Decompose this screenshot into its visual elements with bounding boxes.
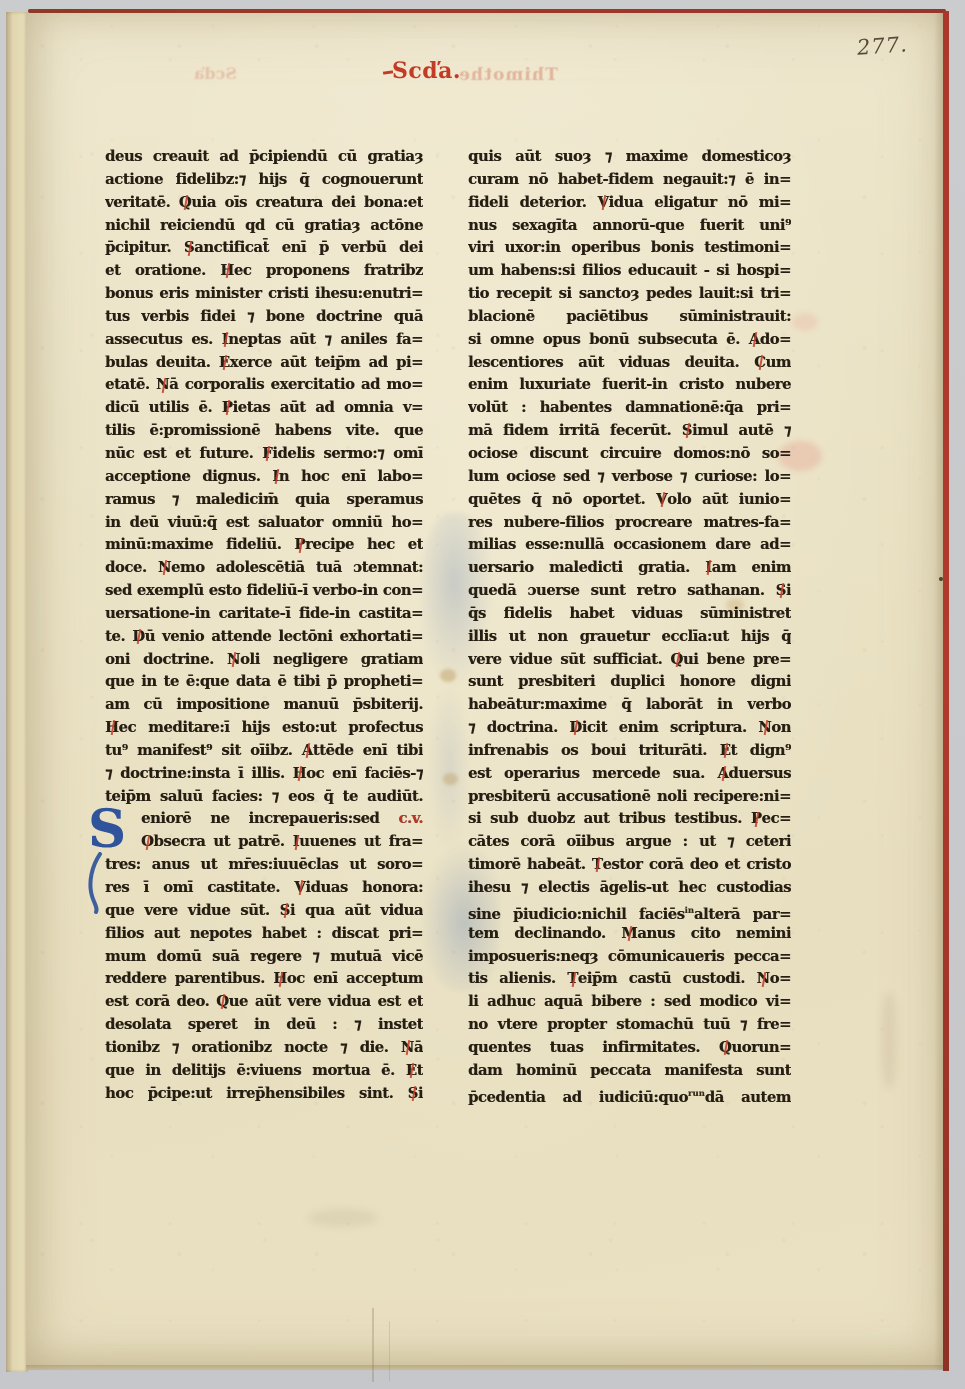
text-line: uersatione-in caritate-ī fide-in castita… xyxy=(105,603,423,626)
text-line: tres: anus ut mr̄es:iuuēclas ut soro= xyxy=(105,854,423,877)
redcap-segment: E xyxy=(219,352,230,375)
text-segment: icit enim scriptura. xyxy=(582,719,759,736)
text-segment: acceptione dignus. xyxy=(105,468,272,485)
text-segment: ihesu ⁊ electis āgelis-ut hec custodias xyxy=(468,879,791,896)
text-segment: si sub duobz aut tribus testibus. xyxy=(468,810,751,827)
text-line: nūc est et future. Fidelis sermo:⁊ omī xyxy=(105,443,423,466)
text-segment: blacionē paciētibus sūministrauit: xyxy=(468,308,791,325)
text-segment: bonus eris minister cristi ihesu:enutri= xyxy=(105,285,423,302)
text-segment: quedā ɔuerse sunt retro sathanan. xyxy=(468,582,776,599)
text-line: ramus ⁊ maledicim̄ quia speramus xyxy=(105,489,423,512)
text-segment: illis ut non grauetur ecclīa:ut hijs q̄ xyxy=(468,628,791,645)
text-line: doce. Nemo adolescētiā tuā ɔtemnat: xyxy=(105,557,423,580)
text-line: tio recepit si sanctoȝ pedes lauit:si tr… xyxy=(468,283,791,306)
text-segment: cātes corā oīibus argue : ut ⁊ ceteri xyxy=(468,833,791,850)
text-line: uersario maledicti gratia. Iam enim xyxy=(468,557,791,580)
text-line: mum domū suā regere ⁊ mutuā vicē xyxy=(105,946,423,969)
text-segment: que vere vidue sūt. xyxy=(105,902,280,919)
text-line: infrenabis os boui triturāti. Et dign⁹ xyxy=(468,740,791,763)
text-line: oni doctrine. Noli negligere gratiam xyxy=(105,649,423,672)
text-line: curam nō habet-fidem negauit:⁊ ē in= xyxy=(468,169,791,192)
text-segment: um habens:si filios educauit - si hospi= xyxy=(468,262,791,279)
redcap-segment: A xyxy=(302,740,313,763)
redcap-segment: D xyxy=(132,626,144,649)
redcap-segment: V xyxy=(597,192,608,215)
text-line: Obsecra ut patrē. Iuuenes ut fra= xyxy=(105,831,423,854)
text-segment: reddere parentibus. xyxy=(105,970,273,987)
text-segment: res nubere-filios procreare matres-fa= xyxy=(468,514,791,531)
text-segment: do= xyxy=(760,331,791,348)
text-segment: t xyxy=(417,1062,423,1079)
text-segment: bsecra ut patrē. xyxy=(153,833,292,850)
redcap-segment: N xyxy=(757,968,770,991)
text-line: filios aut nepotes habet : discat pri= xyxy=(105,923,423,946)
text-line: lescentiores aūt viduas deuita. Cum xyxy=(468,352,791,375)
text-segment: tilis ē:promissionē habens vite. que xyxy=(105,422,423,439)
sup-segment: run xyxy=(688,1089,705,1099)
text-segment: est operarius mercede sua. xyxy=(468,765,717,782)
text-segment: t dign⁹ xyxy=(731,742,791,759)
text-segment: uersario maledicti gratia. xyxy=(468,559,705,576)
text-segment: ui bene pre= xyxy=(683,651,791,668)
text-line: nus sexagīta annorū-que fuerit uni⁹ xyxy=(468,215,791,238)
text-segment: volūt : habentes damnationē:q̄a pri= xyxy=(468,399,791,416)
text-line: reddere parentibus. Hoc enī acceptum xyxy=(105,968,423,991)
text-segment: recipe hec et xyxy=(305,536,423,553)
text-segment: ā corporalis exercitatio ad mo= xyxy=(169,376,423,393)
text-column-left: deus creauit ad p̄cipiendū cū gratiaȝact… xyxy=(105,146,423,1105)
manuscript-photo: Scďa. Thimothe Scďa 277. deus creauit ad… xyxy=(0,0,965,1389)
text-segment: nus sexagīta annorū-que fuerit uni⁹ xyxy=(468,217,791,234)
text-line: mā fidem irritā fecerūt. Simul autē ⁊ xyxy=(468,420,791,443)
text-line: est corā deo. Que aūt vere vidua est et xyxy=(105,991,423,1014)
text-segment: dā autem xyxy=(705,1089,791,1106)
text-line: que in delitijs ē:viuens mortua ē. Et xyxy=(105,1060,423,1083)
text-segment: idua eligatur nō mi= xyxy=(609,194,791,211)
show-through-left-text: Scďa xyxy=(194,64,237,83)
redcap-segment: A xyxy=(717,763,728,786)
text-line: que vere vidue sūt. Si qua aūt vidua xyxy=(105,900,423,923)
text-segment: o= xyxy=(770,970,791,987)
text-line: teip̄m saluū facies: ⁊ eos q̄ te audiūt. xyxy=(105,786,423,809)
text-line: nichil reiciendū qd cū gratiaȝ actōne xyxy=(105,215,423,238)
redcap-segment: N xyxy=(158,557,171,580)
text-segment: q̄s fidelis habet viduas sūministret xyxy=(468,605,791,622)
text-line: ⁊ doctrine:insta ī illis. Hoc enī faciēs… xyxy=(105,763,423,786)
rubric-segment: c.v. xyxy=(398,810,423,827)
illuminated-initial-s: S xyxy=(88,804,126,856)
text-line: milias esse:nullā occasionem dare ad= xyxy=(468,534,791,557)
text-segment: ū venio attende lectōni exhortati= xyxy=(145,628,423,645)
redcap-segment: Q xyxy=(179,192,191,215)
fox-spot xyxy=(440,669,456,682)
margin-streak xyxy=(882,993,896,1088)
text-segment: quis aūt suoȝ ⁊ maxime domesticoȝ xyxy=(468,148,791,165)
text-segment: ociose discunt circuire domos:nō so= xyxy=(468,445,791,462)
text-segment: tionibz ⁊ orationibz nocte ⁊ die. xyxy=(105,1039,401,1056)
text-line: p̄cedentia ad iudiciū:quorundā autem xyxy=(468,1083,791,1106)
text-segment: dam hominū peccata manifesta sunt xyxy=(468,1062,791,1079)
text-segment: ec= xyxy=(762,810,791,827)
text-segment: tio recepit si sanctoȝ pedes lauit:si tr… xyxy=(468,285,791,302)
text-segment: i xyxy=(418,1085,423,1102)
text-segment: oni doctrine. xyxy=(105,651,227,668)
text-segment: anus cito nemini xyxy=(637,925,791,942)
redcap-segment: D xyxy=(569,717,581,740)
text-segment: milias esse:nullā occasionem dare ad= xyxy=(468,536,791,553)
text-line: dicū utilis ē. Pietas aūt ad omnia v= xyxy=(105,397,423,420)
text-line: veritatē. Quia oīs creatura dei bona:et xyxy=(105,192,423,215)
text-column-right: quis aūt suoȝ ⁊ maxime domesticoȝcuram n… xyxy=(468,146,791,1105)
text-segment: anctificat̄ enī p̄ verbū dei xyxy=(194,239,423,256)
redcap-segment: N xyxy=(401,1037,414,1060)
text-segment: i xyxy=(786,582,791,599)
text-line: etatē. Nā corporalis exercitatio ad mo= xyxy=(105,374,423,397)
text-segment: deus creauit ad p̄cipiendū cū gratiaȝ xyxy=(105,148,423,165)
text-line: quis aūt suoȝ ⁊ maxime domesticoȝ xyxy=(468,146,791,169)
redcap-segment: I xyxy=(705,557,711,580)
redcap-segment: Q xyxy=(719,1037,731,1060)
redcap-segment: N xyxy=(758,717,771,740)
text-segment: assecutus es. xyxy=(105,331,222,348)
text-line: am cū impositione manuū p̄sbiterij. xyxy=(105,694,423,717)
text-segment: oli negligere gratiam xyxy=(240,651,423,668)
text-line: tu⁹ manifest⁹ sit oīibz. Attēde enī tibi xyxy=(105,740,423,763)
redcap-segment: E xyxy=(720,740,731,763)
text-segment: xerce aūt teip̄m ad pi= xyxy=(230,354,423,371)
text-line: assecutus es. Ineptas aūt ⁊ aniles fa= xyxy=(105,329,423,352)
redcap-segment: H xyxy=(220,260,234,283)
text-segment: viri uxor:in operibus bonis testimoni= xyxy=(468,239,791,256)
text-line: sed exemplū esto fideliū-ī verbo-in con= xyxy=(105,580,423,603)
redcap-segment: M xyxy=(621,923,637,946)
text-segment: res ī omī castitate. xyxy=(105,879,294,896)
text-segment: eip̄m castū custodi. xyxy=(578,970,757,987)
text-segment: bulas deuita. xyxy=(105,354,219,371)
leaf-crease-line xyxy=(389,1321,390,1381)
text-segment: mum domū suā regere ⁊ mutuā vicē xyxy=(105,948,423,965)
text-segment: sunt presbiteri duplici honore digni xyxy=(468,673,791,690)
text-line: que in te ē:que data ē tibi p̄ propheti= xyxy=(105,671,423,694)
text-segment: veritatē. xyxy=(105,194,179,211)
text-line: tis alienis. Teip̄m castū custodi. No= xyxy=(468,968,791,991)
text-segment: hoc p̄cipe:ut irrep̄hensibiles sint. xyxy=(105,1085,408,1102)
text-line: quedā ɔuerse sunt retro sathanan. Si xyxy=(468,580,791,603)
text-segment: quētes q̄ nō oportet. xyxy=(468,491,656,508)
text-segment: alterā par= xyxy=(694,906,791,923)
text-segment: iduas honora: xyxy=(305,879,423,896)
redcap-segment: S xyxy=(776,580,786,603)
pink-smudge-small xyxy=(792,313,818,331)
page-edge-shadow-bottom xyxy=(26,1365,948,1371)
text-line: presbiterū accusationē noli recipere:ni= xyxy=(468,786,791,809)
text-segment: curam nō habet-fidem negauit:⁊ ē in= xyxy=(468,171,791,188)
page-edge-shadow-right xyxy=(934,13,943,1370)
text-segment: uorun= xyxy=(731,1039,791,1056)
text-line: tilis ē:promissionē habens vite. que xyxy=(105,420,423,443)
text-segment: nichil reiciendū qd cū gratiaȝ actōne xyxy=(105,217,423,234)
text-segment: mā fidem irritā fecerūt. xyxy=(468,422,682,439)
text-segment: que in delitijs ē:viuens mortua ē. xyxy=(105,1062,406,1079)
gutter-show-through-middle xyxy=(428,681,470,851)
text-line: est operarius mercede sua. Aduersus xyxy=(468,763,791,786)
text-line: desolata speret in deū : ⁊ instet obsecr… xyxy=(105,1014,423,1037)
text-segment: idelis sermo:⁊ omī xyxy=(272,445,423,462)
text-segment: uersatione-in caritate-ī fide-in castita… xyxy=(105,605,423,622)
text-segment: ue aūt vere vidua est et xyxy=(229,993,423,1010)
redcap-segment: T xyxy=(592,854,603,877)
text-line: et oratione. Hec proponens fratribz xyxy=(105,260,423,283)
redcap-segment: T xyxy=(567,968,578,991)
text-segment: am enim xyxy=(712,559,791,576)
red-fore-edge-right xyxy=(943,11,949,1371)
text-line: imposueris:neqȝ cōmunicaueris pecca= xyxy=(468,946,791,969)
redcap-segment: I xyxy=(222,329,228,352)
text-line: cātes corā oīibus argue : ut ⁊ ceteri xyxy=(468,831,791,854)
text-segment: sine p̄iudicio:nichil faciēs xyxy=(468,906,684,923)
text-line: ociose discunt circuire domos:nō so= xyxy=(468,443,791,466)
redcap-segment: S xyxy=(184,237,194,260)
text-segment: desolata speret in deū : ⁊ instet obsecr… xyxy=(105,1016,423,1037)
text-line: actione fidelibz:⁊ hijs q̄ cognouerunt xyxy=(105,169,423,192)
text-segment: lum ociose sed ⁊ verbose ⁊ curiose: lo= xyxy=(468,468,791,485)
redcap-segment: E xyxy=(406,1060,417,1083)
text-segment: doce. xyxy=(105,559,158,576)
text-line: eniorē ne increpaueris:sed c.v. xyxy=(105,808,423,831)
text-segment: ec proponens fratribz xyxy=(234,262,423,279)
text-segment: tis alienis. xyxy=(468,970,567,987)
text-segment: ec meditare:ī hijs esto:ut profectus xyxy=(119,719,423,736)
bottom-smudge xyxy=(308,1209,378,1227)
redcap-segment: H xyxy=(273,968,287,991)
text-segment: uia oīs creatura dei bona:et xyxy=(191,194,423,211)
redcap-segment: I xyxy=(272,466,278,489)
sup-segment: in xyxy=(684,906,693,916)
text-segment: teip̄m saluū facies: ⁊ eos q̄ te audiūt. xyxy=(105,788,423,805)
text-segment: i qua aūt vidua xyxy=(290,902,423,919)
text-line: sine p̄iudicio:nichil faciēsinalterā par… xyxy=(468,900,791,923)
text-line: dam hominū peccata manifesta sunt xyxy=(468,1060,791,1083)
text-segment: actione fidelibz:⁊ hijs q̄ cognouerunt xyxy=(105,171,423,188)
redcap-segment: H xyxy=(293,763,307,786)
text-segment: etatē. xyxy=(105,376,156,393)
text-segment: quentes tuas infirmitates. xyxy=(468,1039,719,1056)
red-fore-edge-top xyxy=(28,9,946,13)
text-line: q̄s fidelis habet viduas sūministret xyxy=(468,603,791,626)
text-line: bonus eris minister cristi ihesu:enutri= xyxy=(105,283,423,306)
text-segment: duersus xyxy=(728,765,791,782)
text-line: fideli deterior. Vidua eligatur nō mi= xyxy=(468,192,791,215)
text-segment: ⁊ doctrina. xyxy=(468,719,569,736)
text-segment: timorē habeāt. xyxy=(468,856,592,873)
text-segment: emo adolescētiā tuā ɔtemnat: xyxy=(171,559,423,576)
text-line: viri uxor:in operibus bonis testimoni= xyxy=(468,237,791,260)
redcap-segment: P xyxy=(294,534,305,557)
text-line: acceptione dignus. In hoc enī labo= xyxy=(105,466,423,489)
text-segment: nūc est et future. xyxy=(105,445,262,462)
text-segment: te. xyxy=(105,628,132,645)
text-segment: p̄cipitur. xyxy=(105,239,184,256)
text-line: si omne opus bonū subsecuta ē. Ado= xyxy=(468,329,791,352)
text-segment: presbiterū accusationē noli recipere:ni= xyxy=(468,788,791,805)
text-segment: no vtere propter stomachū tuū ⁊ fre= xyxy=(468,1016,791,1033)
text-line: um habens:si filios educauit - si hospi= xyxy=(468,260,791,283)
text-line: illis ut non grauetur ecclīa:ut hijs q̄ xyxy=(468,626,791,649)
text-line: timorē habeāt. Testor corā deo et cristo xyxy=(468,854,791,877)
text-segment: imposueris:neqȝ cōmunicaueris pecca= xyxy=(468,948,791,965)
folio-number: 277. xyxy=(856,32,908,59)
text-segment: est corā deo. xyxy=(105,993,216,1010)
text-segment: lescentiores aūt viduas deuita. xyxy=(468,354,754,371)
text-line: tionibz ⁊ orationibz nocte ⁊ die. Nā xyxy=(105,1037,423,1060)
text-line: quētes q̄ nō oportet. Volo aūt iunio= xyxy=(468,489,791,512)
text-line: deus creauit ad p̄cipiendū cū gratiaȝ xyxy=(105,146,423,169)
redcap-segment: P xyxy=(222,397,233,420)
text-line: volūt : habentes damnationē:q̄a pri= xyxy=(468,397,791,420)
redcap-segment: C xyxy=(754,352,765,375)
text-line: enim luxuriate fuerit-in cristo nubere xyxy=(468,374,791,397)
text-line: ihesu ⁊ electis āgelis-ut hec custodias xyxy=(468,877,791,900)
fox-spot xyxy=(443,773,458,785)
text-segment: eniorē ne increpaueris:sed xyxy=(141,810,398,827)
text-segment: neptas aūt ⁊ aniles fa= xyxy=(228,331,423,348)
text-line: no vtere propter stomachū tuū ⁊ fre= xyxy=(468,1014,791,1037)
redcap-segment: A xyxy=(749,329,760,352)
text-line: res nubere-filios procreare matres-fa= xyxy=(468,512,791,535)
initial-flourish-tail xyxy=(84,852,114,914)
text-segment: tus verbis fidei ⁊ bone doctrine quā xyxy=(105,308,423,325)
text-segment: tu⁹ manifest⁹ sit oīibz. xyxy=(105,742,302,759)
text-segment: in deū viuū:q̄ est saluator omniū ho= xyxy=(105,514,423,531)
text-segment: ttēde enī tibi xyxy=(313,742,423,759)
redcap-segment: N xyxy=(227,649,240,672)
text-line: blacionē paciētibus sūministrauit: xyxy=(468,306,791,329)
redcap-segment: I xyxy=(293,831,299,854)
text-line: res ī omī castitate. Viduas honora: xyxy=(105,877,423,900)
text-segment: minū:maxime fideliū. xyxy=(105,536,294,553)
text-segment: li adhuc aquā bibere : sed modico vi= xyxy=(468,993,791,1010)
text-line: tem declinando. Manus cito nemini xyxy=(468,923,791,946)
text-line: quentes tuas infirmitates. Quorun= xyxy=(468,1037,791,1060)
text-line: sunt presbiteri duplici honore digni xyxy=(468,671,791,694)
redcap-segment: N xyxy=(156,374,169,397)
text-segment: que in te ē:que data ē tibi p̄ propheti= xyxy=(105,673,423,690)
redcap-segment: S xyxy=(280,900,290,923)
text-segment: estor corā deo et cristo xyxy=(602,856,791,873)
text-segment: um xyxy=(765,354,791,371)
text-segment: et oratione. xyxy=(105,262,220,279)
redcap-segment: Q xyxy=(216,991,228,1014)
text-segment: enim luxuriate fuerit-in cristo nubere xyxy=(468,376,791,393)
text-line: li adhuc aquā bibere : sed modico vi= xyxy=(468,991,791,1014)
redcap-segment: Q xyxy=(670,649,682,672)
redcap-segment: H xyxy=(105,717,119,740)
redcap-segment: S xyxy=(682,420,692,443)
text-segment: imul autē ⁊ xyxy=(692,422,791,439)
redcap-segment: V xyxy=(656,489,667,512)
text-segment: n hoc enī labo= xyxy=(279,468,423,485)
text-line: p̄cipitur. Sanctificat̄ enī p̄ verbū dei xyxy=(105,237,423,260)
text-segment: uuenes ut fra= xyxy=(299,833,423,850)
text-segment: tres: anus ut mr̄es:iuuēclas ut soro= xyxy=(105,856,423,873)
text-segment: sed exemplū esto fideliū-ī verbo-in con= xyxy=(105,582,423,599)
text-segment: ramus ⁊ maledicim̄ quia speramus xyxy=(105,491,423,508)
text-segment: infrenabis os boui triturāti. xyxy=(468,742,720,759)
text-segment: tem declinando. xyxy=(468,925,621,942)
text-line: in deū viuū:q̄ est saluator omniū ho= xyxy=(105,512,423,535)
text-segment: ietas aūt ad omnia v= xyxy=(232,399,423,416)
text-segment: oc enī faciēs-⁊ xyxy=(306,765,423,782)
text-segment: vere vidue sūt sufficiat. xyxy=(468,651,670,668)
text-line: te. Dū venio attende lectōni exhortati= xyxy=(105,626,423,649)
text-segment: p̄cedentia ad iudiciū:quo xyxy=(468,1089,688,1106)
underlying-leaf-edges xyxy=(6,12,28,1372)
text-line: bulas deuita. Exerce aūt teip̄m ad pi= xyxy=(105,352,423,375)
redcap-segment: P xyxy=(751,808,762,831)
text-line: vere vidue sūt sufficiat. Qui bene pre= xyxy=(468,649,791,672)
text-segment: oc enī acceptum xyxy=(287,970,423,987)
text-line: ⁊ doctrina. Dicit enim scriptura. Non xyxy=(468,717,791,740)
redcap-segment: O xyxy=(141,831,153,854)
text-segment: on xyxy=(771,719,791,736)
redcap-segment: V xyxy=(294,877,305,900)
redcap-segment: S xyxy=(408,1083,418,1106)
text-line: habeātur:maxime q̄ laborāt in verbo xyxy=(468,694,791,717)
text-segment: am cū impositione manuū p̄sbiterij. xyxy=(105,696,423,713)
text-segment: habeātur:maxime q̄ laborāt in verbo xyxy=(468,696,791,713)
text-line: lum ociose sed ⁊ verbose ⁊ curiose: lo= xyxy=(468,466,791,489)
running-header: Scďa. xyxy=(392,58,461,84)
text-line: hoc p̄cipe:ut irrep̄hensibiles sint. Si xyxy=(105,1083,423,1106)
text-line: Hec meditare:ī hijs esto:ut profectus xyxy=(105,717,423,740)
text-segment: olo aūt iunio= xyxy=(667,491,791,508)
text-line: tus verbis fidei ⁊ bone doctrine quā xyxy=(105,306,423,329)
text-segment: fideli deterior. xyxy=(468,194,597,211)
text-line: si sub duobz aut tribus testibus. Pec= xyxy=(468,808,791,831)
redcap-segment: F xyxy=(262,443,272,466)
text-segment: ā xyxy=(414,1039,423,1056)
text-segment: ⁊ doctrine:insta ī illis. xyxy=(105,765,293,782)
text-line: minū:maxime fideliū. Precipe hec et xyxy=(105,534,423,557)
text-segment: si omne opus bonū subsecuta ē. xyxy=(468,331,749,348)
text-segment: dicū utilis ē. xyxy=(105,399,222,416)
text-segment: filios aut nepotes habet : discat pri= xyxy=(105,925,423,942)
show-through-header-text: Thimothe xyxy=(458,65,558,85)
